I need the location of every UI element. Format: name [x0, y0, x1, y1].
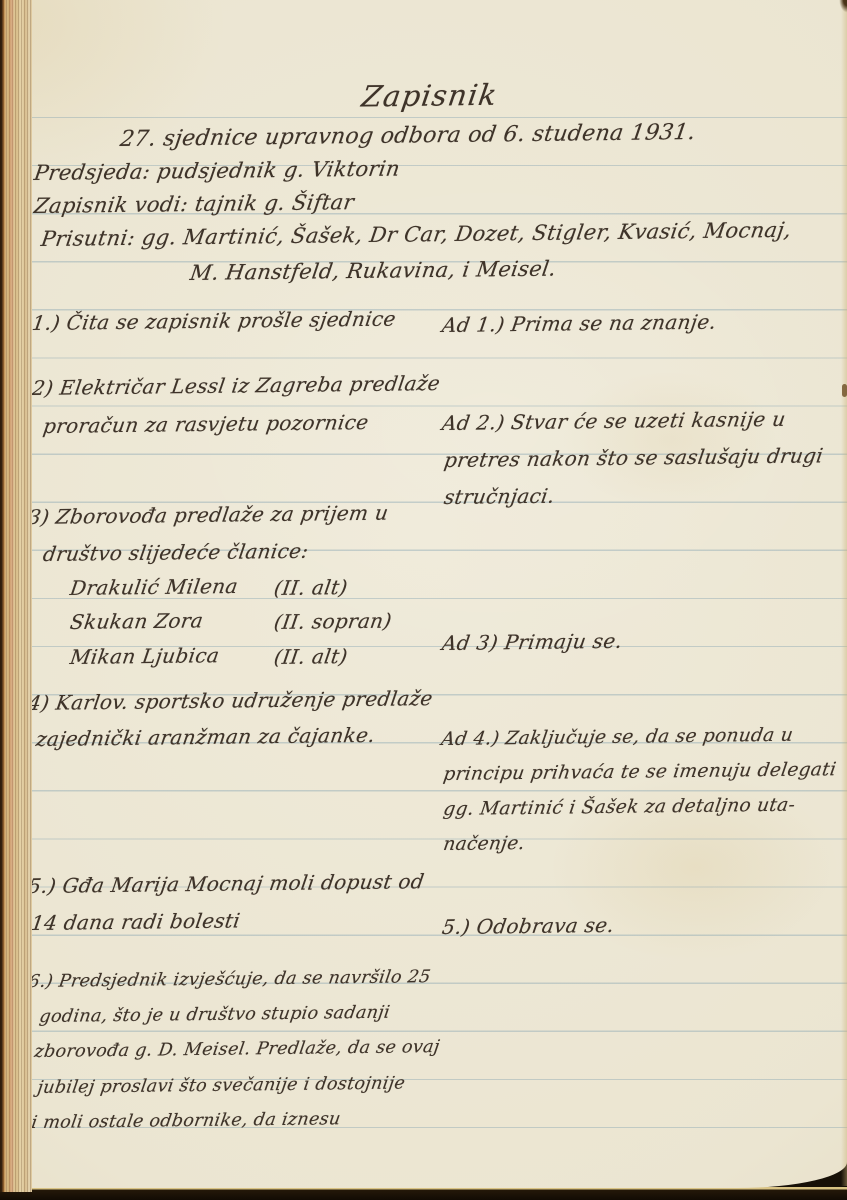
member-3-voice: (II. alt) — [272, 644, 349, 669]
notebook-photo: Zapisnik 27. sjednice upravnog odbora od… — [0, 0, 847, 1200]
item-4-line-2: zajednički aranžman za čajanke. — [34, 723, 376, 751]
response-2-line-1: Ad 2.) Stvar će se uzeti kasnije u — [440, 407, 787, 435]
recorder-line: Zapisnik vodi: tajnik g. Šiftar — [32, 190, 355, 218]
member-2-voice: (II. sopran) — [272, 609, 393, 634]
response-4-line-3: gg. Martinić i Šašek za detaljno uta- — [442, 795, 797, 820]
item-3-line-1: 3) Zborovođa predlaže za prijem u — [26, 501, 390, 529]
chair-line: Predsjeda: pudsjednik g. Viktorin — [32, 157, 401, 185]
item-5-line-1: 5.) Gđa Marija Mocnaj moli dopust od — [26, 869, 425, 898]
response-5-line-1: 5.) Odobrava se. — [440, 913, 615, 939]
response-4-line-1: Ad 4.) Zaključuje se, da se ponuda u — [440, 725, 795, 750]
member-3-name: Mikan Ljubica — [68, 643, 221, 669]
item-2-line-2: proračun za rasvjetu pozornice — [41, 410, 370, 438]
item-6-line-5: i moli ostale odbornike, da iznesu — [30, 1109, 342, 1133]
item-5-line-2: 14 dana radi bolesti — [29, 908, 241, 935]
member-1-name: Drakulić Milena — [68, 574, 239, 600]
member-1-voice: (II. alt) — [272, 575, 349, 600]
item-1-line-1: 1.) Čita se zapisnik prošle sjednice — [30, 307, 397, 335]
edge-stain — [842, 384, 847, 397]
attendees-line-2: M. Hanstfeld, Rukavina, i Meisel. — [188, 257, 557, 285]
response-1-line-1: Ad 1.) Prima se na znanje. — [440, 310, 718, 337]
item-2-line-1: 2) Električar Lessl iz Zagreba predlaže — [30, 371, 441, 400]
corner-stain — [837, 0, 847, 16]
member-2-name: Skukan Zora — [68, 608, 204, 634]
page-right-edge — [841, 0, 847, 1186]
response-2-line-2: pretres nakon što se saslušaju drugi — [442, 443, 824, 472]
page-edges-stack — [0, 0, 32, 1192]
item-4-line-1: 4) Karlov. sportsko udruženje predlaže — [26, 686, 434, 715]
book-cover-bottom-edge — [0, 1187, 847, 1200]
item-3-line-2: društvo slijedeće članice: — [41, 539, 310, 566]
response-2-line-3: stručnjaci. — [442, 484, 556, 509]
response-3-line-1: Ad 3) Primaju se. — [440, 629, 624, 655]
doc-title: Zapisnik — [317, 77, 542, 114]
response-4-line-4: načenje. — [442, 833, 526, 855]
